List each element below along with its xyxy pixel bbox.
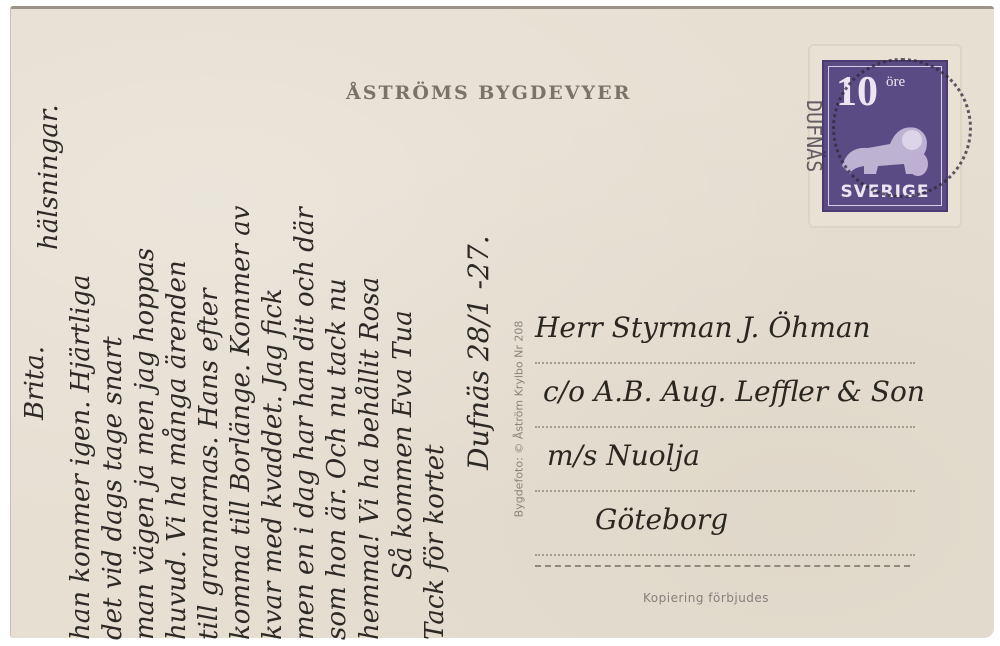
message-signature: Brita. xyxy=(20,346,50,420)
message-line: kvar med kvaddet. Jag fick xyxy=(258,288,288,640)
message-line: men en i dag har han dit och där xyxy=(290,207,320,640)
message-line: hemma! Vi ha behållit Rosa xyxy=(355,277,385,640)
photo-credit: Bygdefoto: © Åström Krylbo Nr 208 xyxy=(513,321,526,518)
message-line: man vägen ja men jag hoppas xyxy=(130,248,160,640)
address-line-ship: m/s Nuolja xyxy=(535,428,915,492)
message-line: Så kommen Eva Tua xyxy=(388,310,418,580)
address-rule xyxy=(535,565,910,567)
message-line: som hon är. Och nu tack nu xyxy=(322,278,352,640)
address-line-company: c/o A.B. Aug. Leffler & Son xyxy=(535,364,915,428)
message-line: det vid dags tage snart xyxy=(98,336,128,640)
message-line: till grannarnas. Hans efter xyxy=(194,288,224,640)
handwritten-message: Tack för kortet Så kommen Eva Tua hemma!… xyxy=(20,20,490,630)
recipient-address: Herr Styrman J. Öhman c/o A.B. Aug. Leff… xyxy=(535,300,915,556)
postmark xyxy=(832,58,972,198)
date-line: Dufnäs 28/1 -27. xyxy=(462,235,495,470)
address-line-city: Göteborg xyxy=(535,492,915,556)
message-line: hälsningar. xyxy=(34,104,64,250)
address-line-name: Herr Styrman J. Öhman xyxy=(535,300,915,364)
copy-notice: Kopiering förbjudes xyxy=(643,591,769,605)
message-line: huvud. Vi ha många ärenden xyxy=(162,260,192,640)
message-line: han kommer igen. Hjärtliga xyxy=(66,274,96,640)
message-line: Tack för kortet xyxy=(420,445,450,641)
message-line: komma till Borlänge. Kommer av xyxy=(226,206,256,640)
postmark-text: DUFNÄS xyxy=(802,100,826,172)
